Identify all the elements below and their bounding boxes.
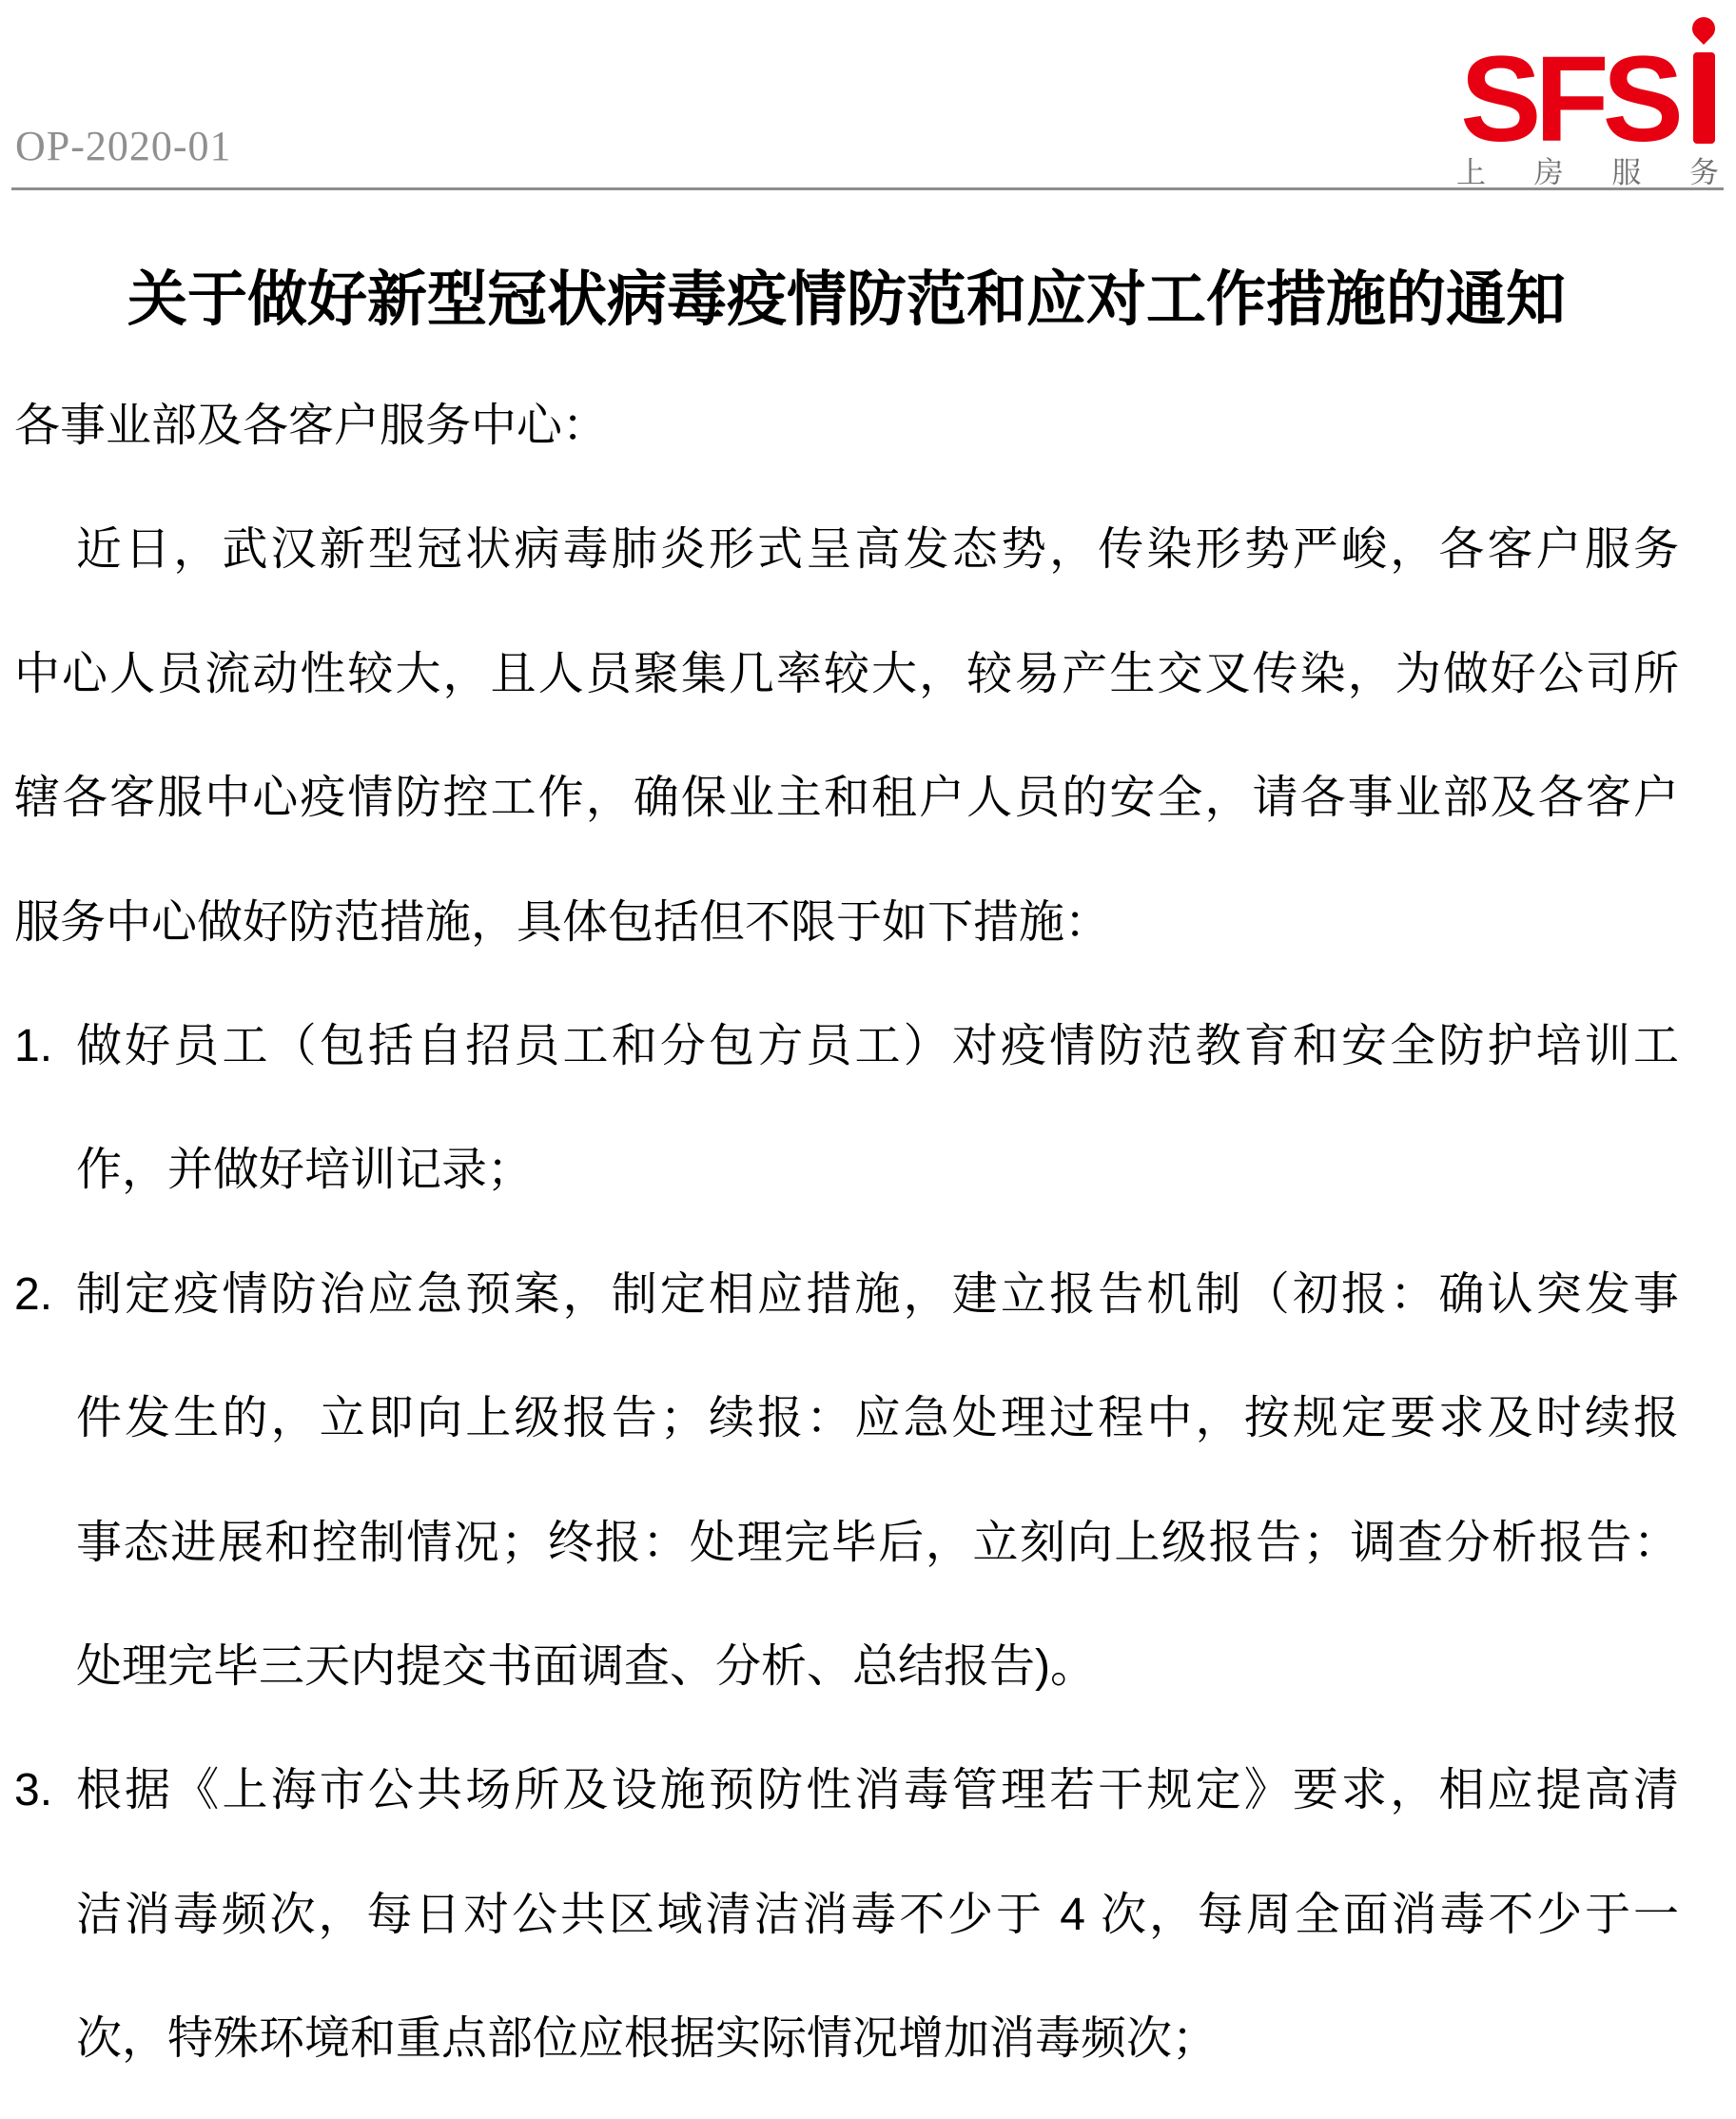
logo-drop-icon (1687, 12, 1720, 45)
list-item-3-continuation: 洁消毒频次，每日对公共区域清洁消毒不少于 4 次，每周全面消毒不少于一 (14, 1854, 1679, 1977)
paragraph-line: 服务中心做好防范措施，具体包括但不限于如下措施： (14, 861, 1679, 985)
logo-letter-i-stem (1693, 52, 1715, 144)
list-item-1-continuation: 作，并做好培训记录； (14, 1109, 1679, 1232)
list-marker: 1. (14, 985, 76, 1109)
list-item-2: 2. 制定疫情防治应急预案，制定相应措施，建立报告机制（初报：确认突发事 (14, 1233, 1679, 1357)
notice-document-page: OP-2020-01 SFS 上房服务 关于做好新型冠状病毒疫情防范和应对工作措… (0, 0, 1736, 2119)
document-body: 各事业部及各客户服务中心： 近日，武汉新型冠状病毒肺炎形式呈高发态势，传染形势严… (14, 364, 1679, 2101)
document-title: 关于做好新型冠状病毒疫情防范和应对工作措施的通知 (14, 268, 1679, 331)
logo-letter-i (1692, 17, 1715, 144)
logo-text-sfs: SFS (1460, 55, 1677, 144)
paragraph-line: 辖各客服中心疫情防控工作，确保业主和租户人员的安全，请各事业部及各客户 (14, 736, 1679, 860)
list-marker: 3. (14, 1729, 76, 1853)
list-item-text: 制定疫情防治应急预案，制定相应措施，建立报告机制（初报：确认突发事 (76, 1233, 1679, 1357)
list-item-2-continuation: 处理完毕三天内提交书面调查、分析、总结报告)。 (14, 1605, 1679, 1729)
salutation-line: 各事业部及各客户服务中心： (14, 364, 1679, 488)
logo-tagline: 上房服务 (1456, 158, 1719, 187)
list-item-3-continuation: 次，特殊环境和重点部位应根据实际情况增加消毒频次； (14, 1977, 1679, 2101)
list-item-text: 做好员工（包括自招员工和分包方员工）对疫情防范教育和安全防护培训工 (76, 985, 1679, 1109)
document-number: OP-2020-01 (15, 126, 232, 167)
list-item-2-continuation: 件发生的，立即向上级报告；续报：应急处理过程中，按规定要求及时续报 (14, 1357, 1679, 1481)
header-divider-line (11, 187, 1724, 190)
company-logo: SFS (1460, 17, 1715, 144)
list-item-1: 1. 做好员工（包括自招员工和分包方员工）对疫情防范教育和安全防护培训工 (14, 985, 1679, 1109)
list-item-3: 3. 根据《上海市公共场所及设施预防性消毒管理若干规定》要求，相应提高清 (14, 1729, 1679, 1853)
list-item-2-continuation: 事态进展和控制情况；终报：处理完毕后，立刻向上级报告；调查分析报告： (14, 1481, 1679, 1605)
list-item-text: 根据《上海市公共场所及设施预防性消毒管理若干规定》要求，相应提高清 (76, 1729, 1679, 1853)
paragraph-line: 中心人员流动性较大，且人员聚集几率较大，较易产生交叉传染，为做好公司所 (14, 613, 1679, 736)
list-marker: 2. (14, 1233, 76, 1357)
paragraph-line: 近日，武汉新型冠状病毒肺炎形式呈高发态势，传染形势严峻，各客户服务 (14, 488, 1679, 612)
